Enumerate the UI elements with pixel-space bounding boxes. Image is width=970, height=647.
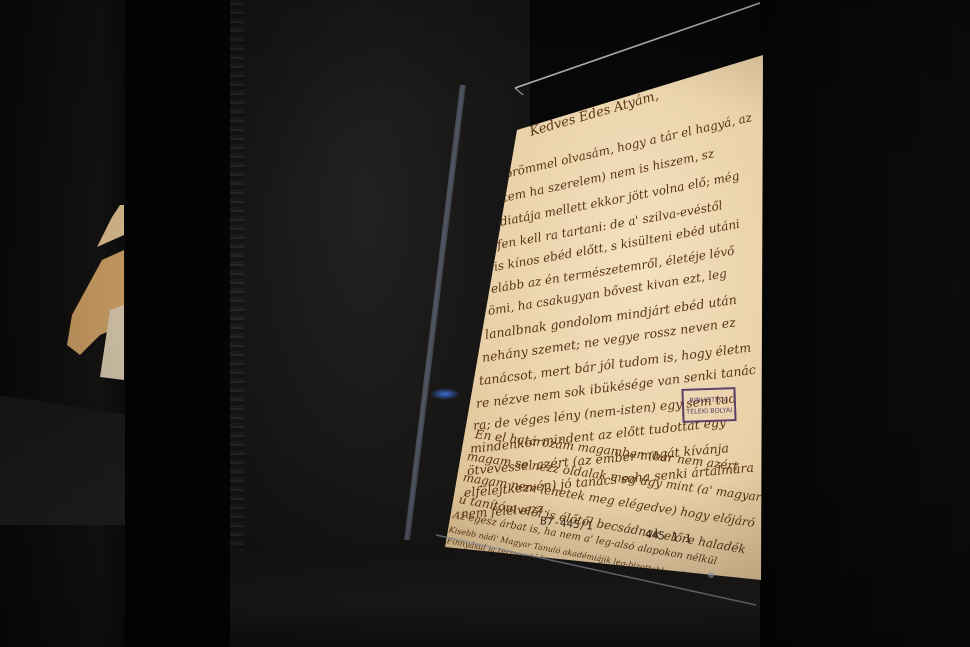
letter-salutation: Kedves Édes Atyám, — [528, 89, 660, 140]
library-stamp: BIBLIOTECA TELEKI BOLYAI — [681, 387, 736, 423]
acrylic-case-bottom-edge — [436, 530, 766, 610]
blue-light-reflection — [430, 388, 460, 400]
museum-showcase-scene: Kedves Édes Atyám, örömmel olvasám, hogy… — [0, 0, 970, 647]
acrylic-case-top-edge — [510, 0, 770, 95]
stamp-line-2: TELEKI BOLYAI — [684, 405, 734, 418]
